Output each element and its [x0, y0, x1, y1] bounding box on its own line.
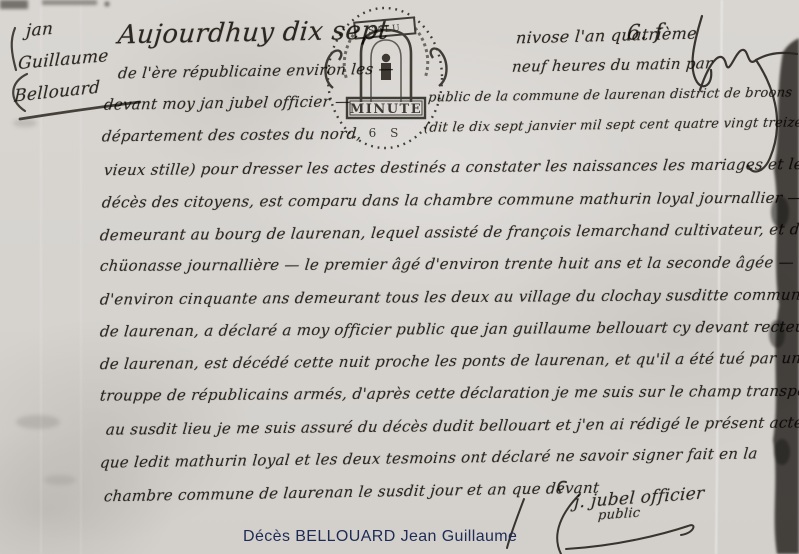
manuscript-line: de laurenan, est décédé cette nuit proch…	[99, 349, 799, 373]
margin-note-middlename: Guillaume	[18, 46, 110, 74]
paper-smudge	[16, 415, 60, 429]
manuscript-line: chüonasse journallière — le premier âgé …	[99, 253, 795, 275]
manuscript-line: demeurant au bourg de laurenan, lequel a…	[99, 220, 799, 245]
manuscript-line: nivose l'an quatrième	[515, 24, 697, 48]
margin-note-surname: Bellouard	[14, 77, 101, 106]
stamp-handle-left-icon	[326, 51, 342, 88]
manuscript-line: (dit le dix sept janvier mil sept cent q…	[423, 115, 799, 135]
paper-crease	[715, 0, 723, 554]
archive-caption: Décès BELLOUARD Jean Guillaume	[243, 528, 517, 546]
signature-title: public	[598, 505, 641, 523]
paper-smudge	[44, 475, 76, 485]
manuscript-line: d'environ cinquante ans demeurant tous l…	[99, 286, 799, 309]
stamp-laurel-right-icon	[415, 28, 428, 78]
stamp-minute-label: MINUTE	[350, 102, 422, 117]
margin-note-firstname: jan	[26, 19, 54, 42]
manuscript-line: que ledit mathurin loyal et les deux tes…	[99, 444, 758, 471]
manuscript-line: décès des citoyens, est comparu dans la …	[101, 189, 799, 212]
manuscript-line: devant moy jan jubel officier —	[103, 92, 351, 113]
stamp-handle-right-icon	[431, 49, 447, 86]
margin-slash-stroke	[12, 28, 16, 70]
stamp-figure-icon	[382, 54, 390, 62]
stamp-denomination: 6 S	[369, 126, 404, 140]
paper-smudge	[13, 119, 37, 127]
fee-notation: 6. f	[626, 19, 663, 44]
minute-revenue-stamp: SALU MINUTE 6 S	[323, 6, 465, 162]
scanned-register-page: jan Guillaume Bellouard Aujourdhuy dix s…	[0, 0, 799, 554]
manuscript-line: chambre commune de laurenan le susdit jo…	[103, 479, 600, 506]
manuscript-line: trouppe de républicains armés, d'après c…	[99, 381, 799, 404]
manuscript-line: au susdit lieu je me suis assuré du décè…	[105, 413, 799, 438]
manuscript-line: public de la commune de laurenan distric…	[427, 85, 793, 105]
edge-smudge	[42, 0, 97, 5]
manuscript-line: de laurenan, a déclaré a moy officier pu…	[99, 318, 799, 341]
corner-smudge	[0, 0, 28, 9]
manuscript-line: neuf heures du matin par	[511, 54, 713, 76]
